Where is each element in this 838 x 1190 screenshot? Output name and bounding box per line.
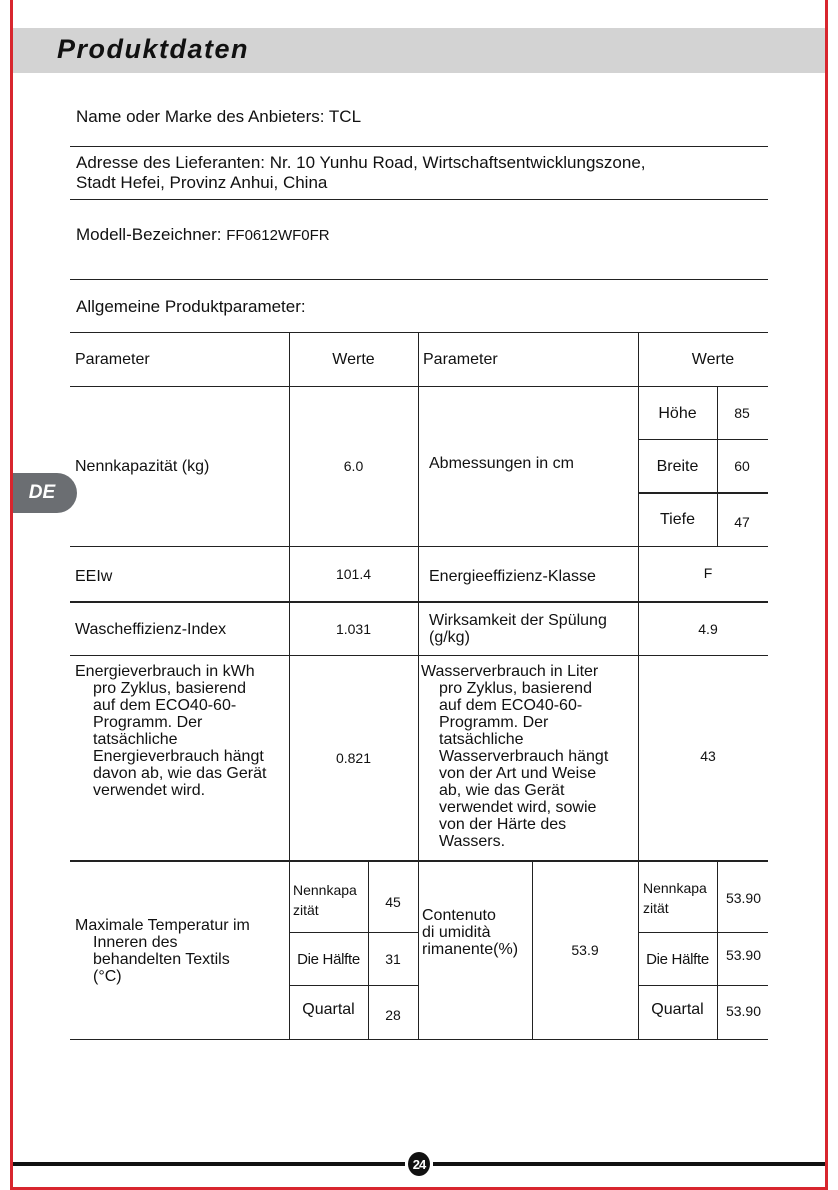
general-params-label: Allgemeine Produktparameter: [76, 297, 306, 317]
water-consumption-label-line: ab, wie das Gerät [421, 782, 608, 799]
moisture-half-label: Die Hälfte [638, 934, 717, 985]
energy-consumption-label: Energieverbrauch in kWhpro Zyklus, basie… [75, 663, 289, 853]
energy-class-label: Energieeffizienz-Klasse [424, 550, 638, 602]
water-consumption-label: Wasserverbrauch in Literpro Zyklus, basi… [421, 663, 638, 858]
footer-rule-left [13, 1162, 405, 1166]
water-consumption-label-line: verwendet wird, sowie [421, 799, 608, 816]
temp-half-value: 31 [368, 934, 418, 985]
temp-rated-label-line1: Nennkapa [293, 880, 357, 900]
supplier-address-line1: Adresse des Lieferanten: Nr. 10 Yunhu Ro… [76, 153, 646, 173]
divider [70, 199, 768, 200]
rinse-value: 4.9 [638, 603, 778, 655]
max-temperature-label-line: Inneren des [75, 934, 250, 951]
water-consumption-value: 43 [638, 656, 778, 856]
dimension-width-label: Breite [638, 440, 717, 492]
moisture-half-value: 53.90 [717, 930, 770, 981]
rinse-label: Wirksamkeit der Spülung (g/kg) [424, 603, 638, 655]
model-identifier: Modell-Bezeichner: FF0612WF0FR [76, 225, 330, 246]
water-consumption-label-line: auf dem ECO40-60- [421, 697, 608, 714]
moisture-rated-capacity-label: Nennkapa zität [643, 878, 717, 918]
table-rule [70, 1039, 768, 1040]
divider [70, 146, 768, 147]
water-consumption-label-line: Wasserverbrauch hängt [421, 748, 608, 765]
energy-consumption-label-line: Programm. Der [75, 714, 266, 731]
energy-consumption-label-line: pro Zyklus, basierend [75, 680, 266, 697]
model-value: FF0612WF0FR [226, 227, 329, 244]
rinse-label-line1: Wirksamkeit der Spülung [429, 612, 607, 629]
water-consumption-label-line: Wasserverbrauch in Liter [421, 663, 608, 680]
model-label: Modell-Bezeichner: [76, 225, 226, 244]
temp-quarter-label: Quartal [289, 986, 368, 1032]
energy-consumption-label-line: davon ab, wie das Gerät [75, 765, 266, 782]
dimension-height-value: 85 [717, 387, 767, 439]
energy-consumption-value: 0.821 [289, 656, 418, 860]
temp-rated-capacity-value: 45 [368, 880, 418, 924]
energy-consumption-label-line: tatsächliche [75, 731, 266, 748]
wash-index-label: Wascheffizienz-Index [70, 603, 289, 655]
max-temperature-label-line: behandelten Textils [75, 951, 250, 968]
water-consumption-label-line: tatsächliche [421, 731, 608, 748]
energy-consumption-label-line: verwendet wird. [75, 782, 266, 799]
moisture-rated-label-line1: Nennkapa [643, 878, 707, 898]
supplier-address-line2: Stadt Hefei, Provinz Anhui, China [76, 173, 327, 193]
moisture-label-line: rimanente(%) [422, 941, 518, 958]
temp-half-label: Die Hälfte [289, 934, 368, 985]
language-tab: DE [13, 473, 77, 513]
dimension-depth-label: Tiefe [638, 494, 717, 544]
column-header: Parameter [418, 333, 638, 386]
moisture-quarter-value: 53.90 [717, 988, 770, 1034]
moisture-rated-label-line2: zität [643, 898, 669, 918]
table-rule [289, 932, 418, 933]
max-temperature-label-line: Maximale Temperatur im [75, 917, 250, 934]
water-consumption-label-line: Wassers. [421, 833, 608, 850]
divider [70, 279, 768, 280]
water-consumption-label-line: von der Art und Weise [421, 765, 608, 782]
eeiw-label: EEIw [70, 550, 289, 602]
supplier-name: Name oder Marke des Anbieters: TCL [76, 107, 361, 127]
max-temperature-label-line: (°C) [75, 968, 250, 985]
moisture-label-line: Contenuto [422, 907, 518, 924]
energy-consumption-label-line: auf dem ECO40-60- [75, 697, 266, 714]
page-border-left [10, 0, 13, 1190]
temp-rated-label-line2: zität [293, 900, 319, 920]
footer-rule-right [433, 1162, 825, 1166]
dimension-height-label: Höhe [638, 387, 717, 439]
energy-consumption-label-line: Energieverbrauch hängt [75, 748, 266, 765]
capacity-label: Nennkapazität (kg) [70, 387, 289, 546]
page-title: Produktdaten [57, 34, 249, 65]
column-header: Werte [638, 333, 788, 386]
table-rule [418, 332, 419, 1039]
temp-rated-capacity-label: Nennkapa zität [293, 880, 368, 920]
eeiw-value: 101.4 [289, 547, 418, 601]
water-consumption-label-line: pro Zyklus, basierend [421, 680, 608, 697]
energy-class-value: F [638, 547, 778, 601]
moisture-label-line: di umidità [422, 924, 518, 941]
water-consumption-label-line: Programm. Der [421, 714, 608, 731]
page-border-right [825, 0, 828, 1190]
energy-consumption-label-line: Energieverbrauch in kWh [75, 663, 266, 680]
column-header: Parameter [70, 333, 289, 386]
moisture-rated-capacity-value: 53.90 [717, 876, 770, 920]
moisture-label: Contenutodi umiditàrimanente(%) [422, 870, 532, 994]
column-header: Werte [289, 333, 418, 386]
wash-index-value: 1.031 [289, 603, 418, 655]
rinse-label-line2: (g/kg) [429, 629, 470, 646]
dimensions-label: Abmessungen in cm [424, 387, 638, 539]
moisture-value: 53.9 [532, 862, 638, 1039]
dimension-depth-value: 47 [717, 497, 767, 547]
temp-quarter-value: 28 [368, 992, 418, 1038]
page-number: 24 [408, 1152, 430, 1176]
moisture-quarter-label: Quartal [638, 986, 717, 1032]
dimension-width-value: 60 [717, 440, 767, 492]
water-consumption-label-line: von der Härte des [421, 816, 608, 833]
max-temperature-label: Maximale Temperatur imInneren desbehande… [75, 862, 289, 1039]
capacity-value: 6.0 [289, 387, 418, 546]
